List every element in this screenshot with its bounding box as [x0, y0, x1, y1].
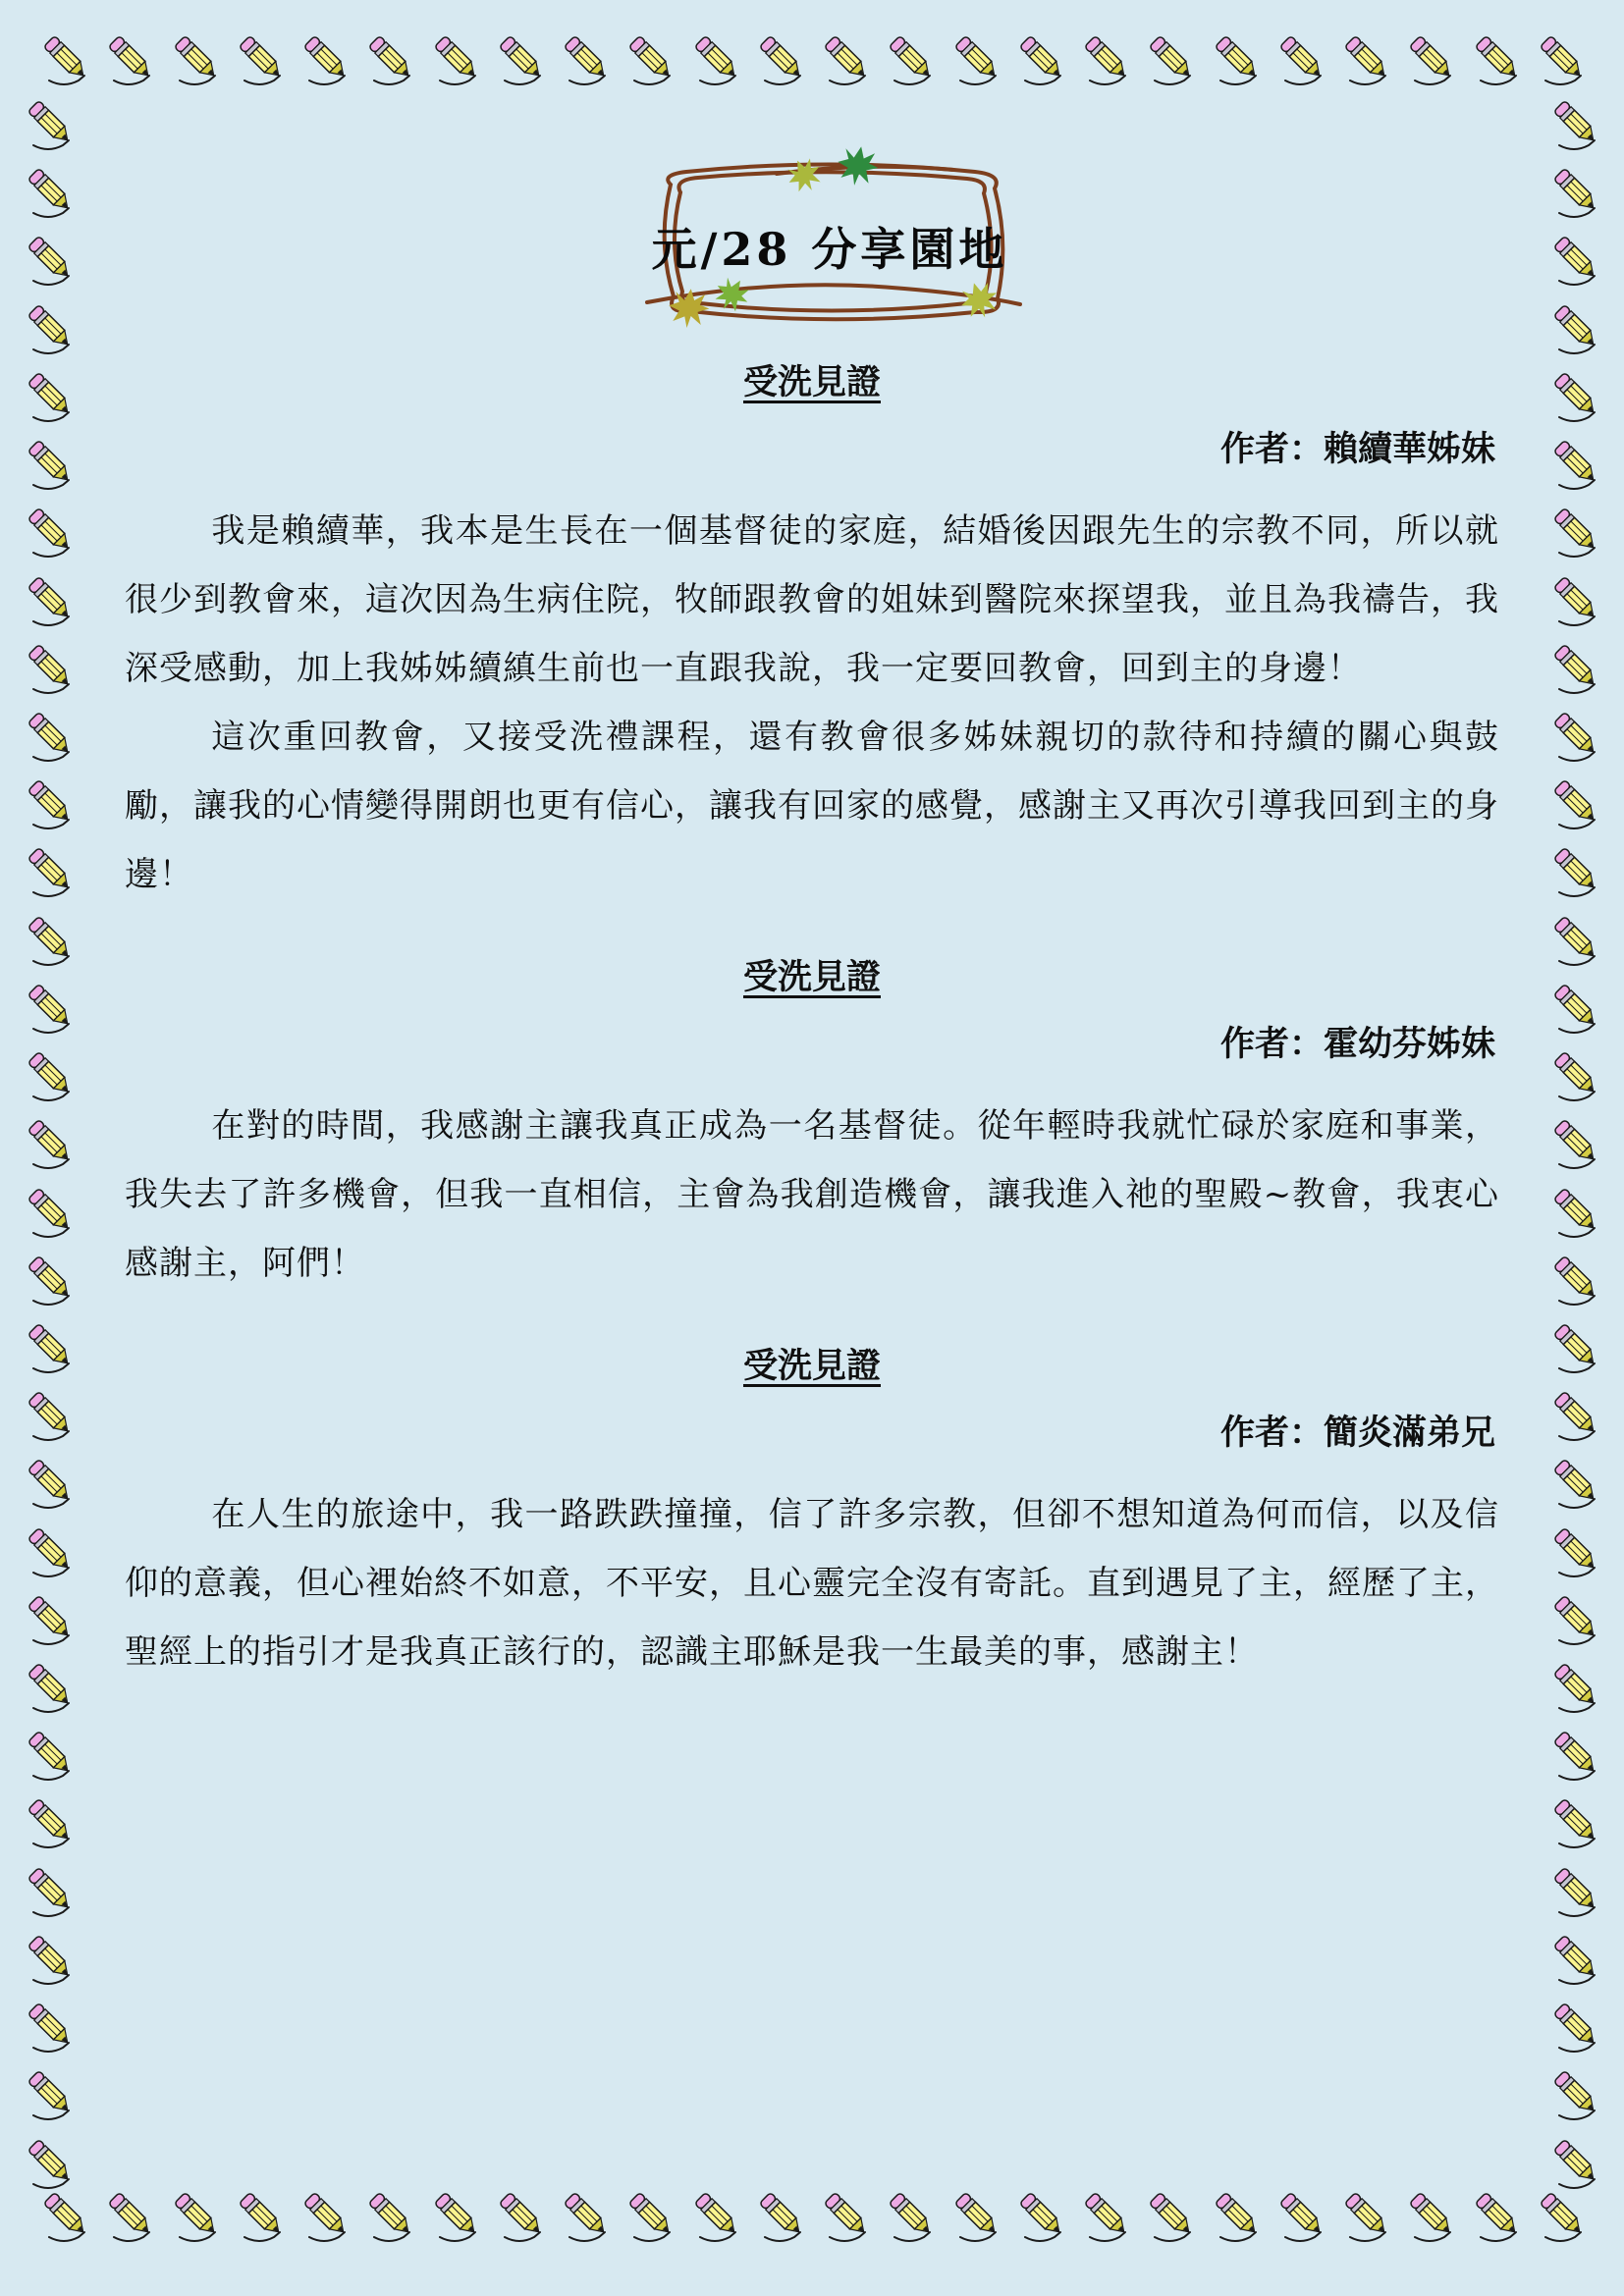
- pencil-icon: [24, 574, 77, 627]
- pencil-icon: [24, 1933, 77, 1986]
- pencil-icon: [24, 2137, 77, 2190]
- section-body: 在對的時間，我感謝主讓我真正成為一名基督徒。從年輕時我就忙碌於家庭和事業，我失去…: [125, 1092, 1499, 1298]
- title-frame: 元/28 分享園地: [633, 153, 1026, 332]
- pencil-icon: [24, 1796, 77, 1849]
- pencil-icon: [24, 777, 77, 830]
- pencil-icon: [24, 982, 77, 1035]
- section-heading: 受洗見證: [125, 1345, 1499, 1388]
- section-heading-text: 受洗見證: [743, 1346, 881, 1386]
- section-heading-text: 受洗見證: [743, 362, 881, 402]
- page-content: 元/28 分享園地 受洗見證 作者：賴續華姊妹 我是賴續華，我本是生長在一個基督…: [125, 0, 1499, 1686]
- pencil-icon: [1549, 642, 1602, 695]
- pencil-icon: [24, 1049, 77, 1102]
- section-author: 作者：霍幼芬姊妹: [125, 1023, 1499, 1066]
- pencil-icon: [950, 2190, 1003, 2243]
- pencil-icon: [170, 2190, 223, 2243]
- pencil-icon: [1549, 98, 1602, 151]
- pencil-icon: [24, 1593, 77, 1646]
- document-page: 元/28 分享園地 受洗見證 作者：賴續華姊妹 我是賴續華，我本是生長在一個基督…: [0, 0, 1624, 2296]
- pencil-icon: [24, 1525, 77, 1578]
- pencil-icon: [1549, 370, 1602, 423]
- pencil-icon: [1549, 1389, 1602, 1442]
- pencil-icon: [1549, 2001, 1602, 2054]
- pencil-icon: [1549, 1593, 1602, 1646]
- pencil-icon: [1471, 2190, 1524, 2243]
- testimony-section-1: 受洗見證 作者：賴續華姊妹 我是賴續華，我本是生長在一個基督徒的家庭，結婚後因跟…: [125, 361, 1499, 909]
- testimony-paragraph: 在人生的旅途中，我一路跌跌撞撞，信了許多宗教，但卻不想知道為何而信，以及信仰的意…: [125, 1480, 1499, 1686]
- pencil-icon: [1549, 1796, 1602, 1849]
- pencil-icon: [1549, 1865, 1602, 1918]
- pencil-icon: [885, 2190, 938, 2243]
- pencil-icon: [24, 166, 77, 219]
- testimony-paragraph: 我是賴續華，我本是生長在一個基督徒的家庭，結婚後因跟先生的宗教不同，所以就很少到…: [125, 497, 1499, 703]
- pencil-icon: [1549, 506, 1602, 559]
- pencil-icon: [24, 2068, 77, 2121]
- section-body: 在人生的旅途中，我一路跌跌撞撞，信了許多宗教，但卻不想知道為何而信，以及信仰的意…: [125, 1480, 1499, 1686]
- pencil-icon: [1549, 845, 1602, 898]
- pencil-icon: [1549, 438, 1602, 491]
- pencil-icon: [235, 2190, 288, 2243]
- pencil-icon: [1549, 1729, 1602, 1782]
- pencil-icon: [1549, 574, 1602, 627]
- section-heading: 受洗見證: [125, 361, 1499, 404]
- pencil-icon: [299, 2190, 352, 2243]
- section-author: 作者：簡炎滿弟兄: [125, 1412, 1499, 1455]
- pencil-icon: [24, 1254, 77, 1307]
- pencil-icon: [1549, 914, 1602, 967]
- pencil-icon: [24, 1117, 77, 1170]
- testimony-section-2: 受洗見證 作者：霍幼芬姊妹 在對的時間，我感謝主讓我真正成為一名基督徒。從年輕時…: [125, 956, 1499, 1298]
- section-heading: 受洗見證: [125, 956, 1499, 999]
- pencil-icon: [39, 33, 92, 86]
- section-heading-text: 受洗見證: [743, 957, 881, 997]
- pencil-icon: [1549, 710, 1602, 763]
- pencil-border-left: [24, 98, 77, 2190]
- pencil-icon: [24, 2001, 77, 2054]
- pencil-icon: [690, 2190, 743, 2243]
- pencil-icon: [24, 914, 77, 967]
- pencil-border-bottom: [39, 2190, 1589, 2243]
- pencil-icon: [560, 2190, 613, 2243]
- section-author: 作者：賴續華姊妹: [125, 428, 1499, 471]
- pencil-icon: [1549, 1117, 1602, 1170]
- pencil-icon: [755, 2190, 808, 2243]
- pencil-icon: [24, 1865, 77, 1918]
- pencil-icon: [24, 370, 77, 423]
- pencil-icon: [24, 302, 77, 355]
- pencil-icon: [104, 2190, 157, 2243]
- pencil-icon: [24, 1321, 77, 1374]
- pencil-icon: [1549, 1254, 1602, 1307]
- pencil-icon: [1549, 166, 1602, 219]
- pencil-icon: [1405, 2190, 1458, 2243]
- pencil-icon: [24, 845, 77, 898]
- pencil-icon: [24, 1186, 77, 1239]
- pencil-border-right: [1549, 98, 1602, 2190]
- pencil-icon: [24, 1661, 77, 1714]
- pencil-icon: [1536, 33, 1589, 86]
- page-title: 元/28 分享園地: [633, 214, 1026, 279]
- pencil-icon: [1145, 2190, 1198, 2243]
- pencil-icon: [1549, 1933, 1602, 1986]
- pencil-icon: [364, 2190, 417, 2243]
- pencil-icon: [1549, 1457, 1602, 1510]
- pencil-icon: [1275, 2190, 1328, 2243]
- pencil-icon: [24, 1389, 77, 1442]
- pencil-icon: [1549, 1525, 1602, 1578]
- pencil-icon: [1549, 302, 1602, 355]
- section-body: 我是賴續華，我本是生長在一個基督徒的家庭，結婚後因跟先生的宗教不同，所以就很少到…: [125, 497, 1499, 909]
- pencil-icon: [1340, 2190, 1393, 2243]
- pencil-icon: [1549, 982, 1602, 1035]
- pencil-icon: [430, 2190, 483, 2243]
- pencil-icon: [1549, 1321, 1602, 1374]
- pencil-icon: [1549, 2068, 1602, 2121]
- pencil-icon: [1549, 777, 1602, 830]
- pencil-icon: [24, 710, 77, 763]
- pencil-icon: [1549, 1049, 1602, 1102]
- testimony-section-3: 受洗見證 作者：簡炎滿弟兄 在人生的旅途中，我一路跌跌撞撞，信了許多宗教，但卻不…: [125, 1345, 1499, 1686]
- pencil-icon: [24, 1729, 77, 1782]
- pencil-icon: [1211, 2190, 1264, 2243]
- pencil-icon: [1015, 2190, 1068, 2243]
- pencil-icon: [624, 2190, 677, 2243]
- pencil-icon: [24, 234, 77, 287]
- testimony-paragraph: 在對的時間，我感謝主讓我真正成為一名基督徒。從年輕時我就忙碌於家庭和事業，我失去…: [125, 1092, 1499, 1298]
- pencil-icon: [24, 98, 77, 151]
- pencil-icon: [24, 642, 77, 695]
- pencil-icon: [24, 1457, 77, 1510]
- pencil-icon: [24, 506, 77, 559]
- testimony-paragraph: 這次重回教會，又接受洗禮課程，還有教會很多姊妹親切的款待和持續的關心與鼓勵，讓我…: [125, 703, 1499, 909]
- pencil-icon: [820, 2190, 873, 2243]
- pencil-icon: [24, 438, 77, 491]
- pencil-icon: [39, 2190, 92, 2243]
- pencil-icon: [1549, 1186, 1602, 1239]
- pencil-icon: [1549, 234, 1602, 287]
- pencil-icon: [1080, 2190, 1133, 2243]
- pencil-icon: [495, 2190, 548, 2243]
- pencil-icon: [1536, 2190, 1589, 2243]
- pencil-icon: [1549, 1661, 1602, 1714]
- pencil-icon: [1549, 2137, 1602, 2190]
